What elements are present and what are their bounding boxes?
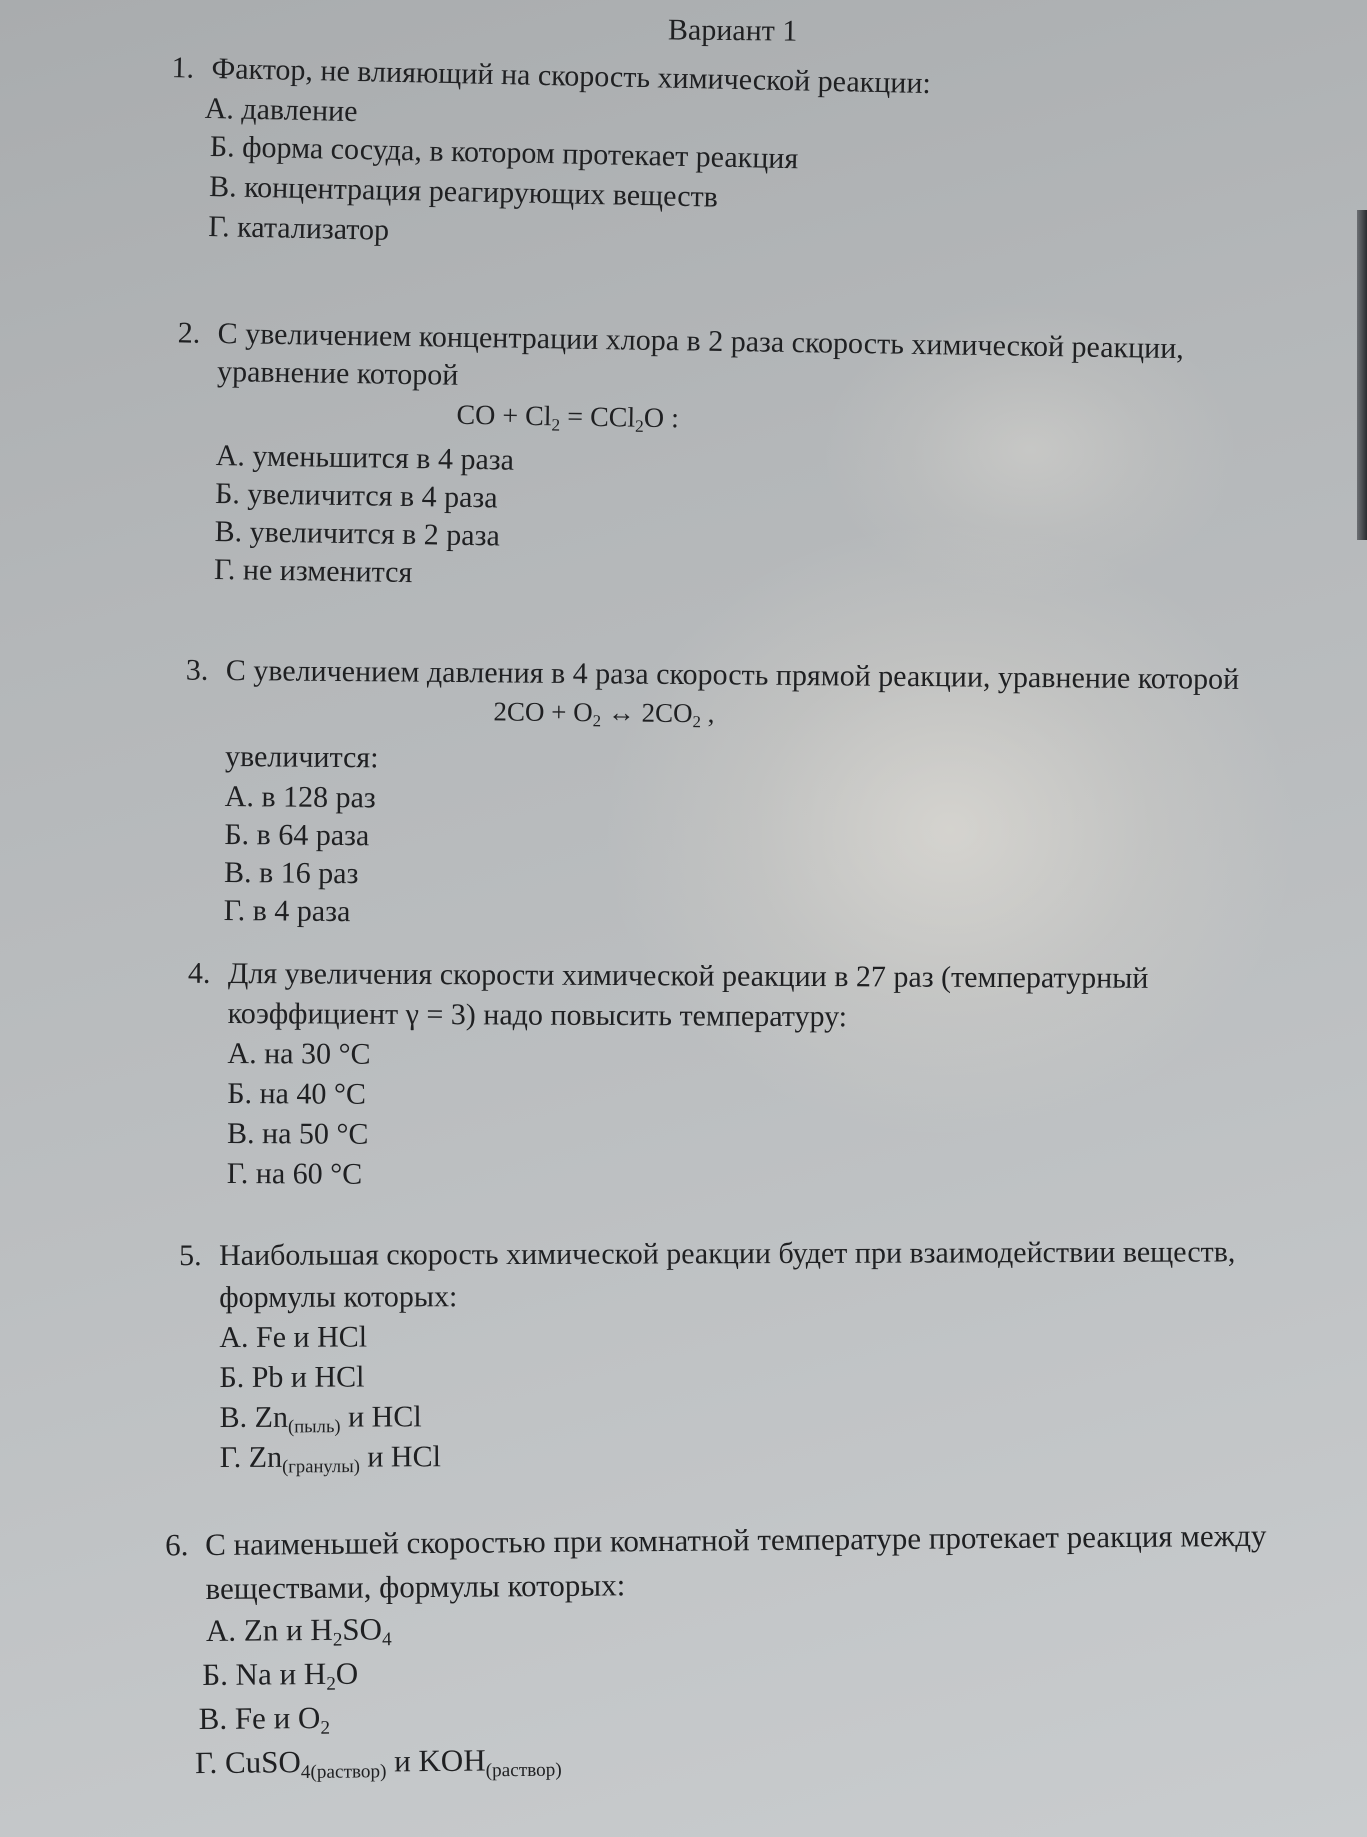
answer-option-v: В. Zn(пыль) и HCl [220, 1395, 1236, 1439]
answer-option-g: Г. CuSO4(раствор) и KOH(раствор) [195, 1735, 1269, 1782]
question-5: 5. Наибольшая скорость химической реакци… [219, 1233, 1236, 1477]
question-number: 5. [179, 1237, 202, 1275]
question-stem-continued: коэффициент γ = 3) надо повысить темпера… [228, 995, 1149, 1038]
question-number: 4. [188, 955, 211, 993]
test-page: Вариант 1 1. Фактор, не влияющий на скор… [0, 0, 1367, 1837]
answer-option-a: А. на 30 °C [227, 1035, 1148, 1080]
answer-option-g: Г. Zn(гранулы) и HCl [220, 1435, 1236, 1477]
answer-option-g: Г. на 60 °C [227, 1155, 1148, 1198]
question-6: 6. С наименьшей скоростью при комнатной … [205, 1517, 1268, 1782]
variant-title: Вариант 1 [668, 13, 798, 48]
question-1: 1. Фактор, не влияющий на скорость химич… [208, 50, 931, 261]
question-stem-continued: увеличится: [225, 738, 1239, 785]
question-stem: С наименьшей скоростью при комнатной тем… [205, 1517, 1267, 1564]
answer-option-a: А. Fe и HCl [219, 1315, 1235, 1359]
answer-option-b: Б. Pb и HCl [219, 1355, 1235, 1399]
question-stem: Для увеличения скорости химической реакц… [228, 955, 1149, 998]
question-number: 3. [186, 652, 209, 690]
question-stem: Наибольшая скорость химической реакции б… [219, 1233, 1235, 1275]
answer-option-g: Г. в 4 раза [224, 892, 1238, 939]
question-2: 2. С увеличением концентрации хлора в 2 … [214, 315, 1184, 604]
question-number: 1. [171, 49, 194, 87]
question-3: 3. С увеличением давления в 4 раза скоро… [224, 652, 1240, 939]
question-stem-continued: веществами, формулы которых: [205, 1561, 1267, 1608]
answer-option-v: В. на 50 °C [227, 1115, 1148, 1160]
answer-option-b: Б. на 40 °C [227, 1075, 1148, 1120]
question-4: 4. Для увеличения скорости химической ре… [227, 955, 1149, 1198]
question-number: 6. [165, 1526, 189, 1564]
question-number: 2. [177, 314, 200, 352]
question-stem-continued: формулы которых: [219, 1275, 1235, 1317]
